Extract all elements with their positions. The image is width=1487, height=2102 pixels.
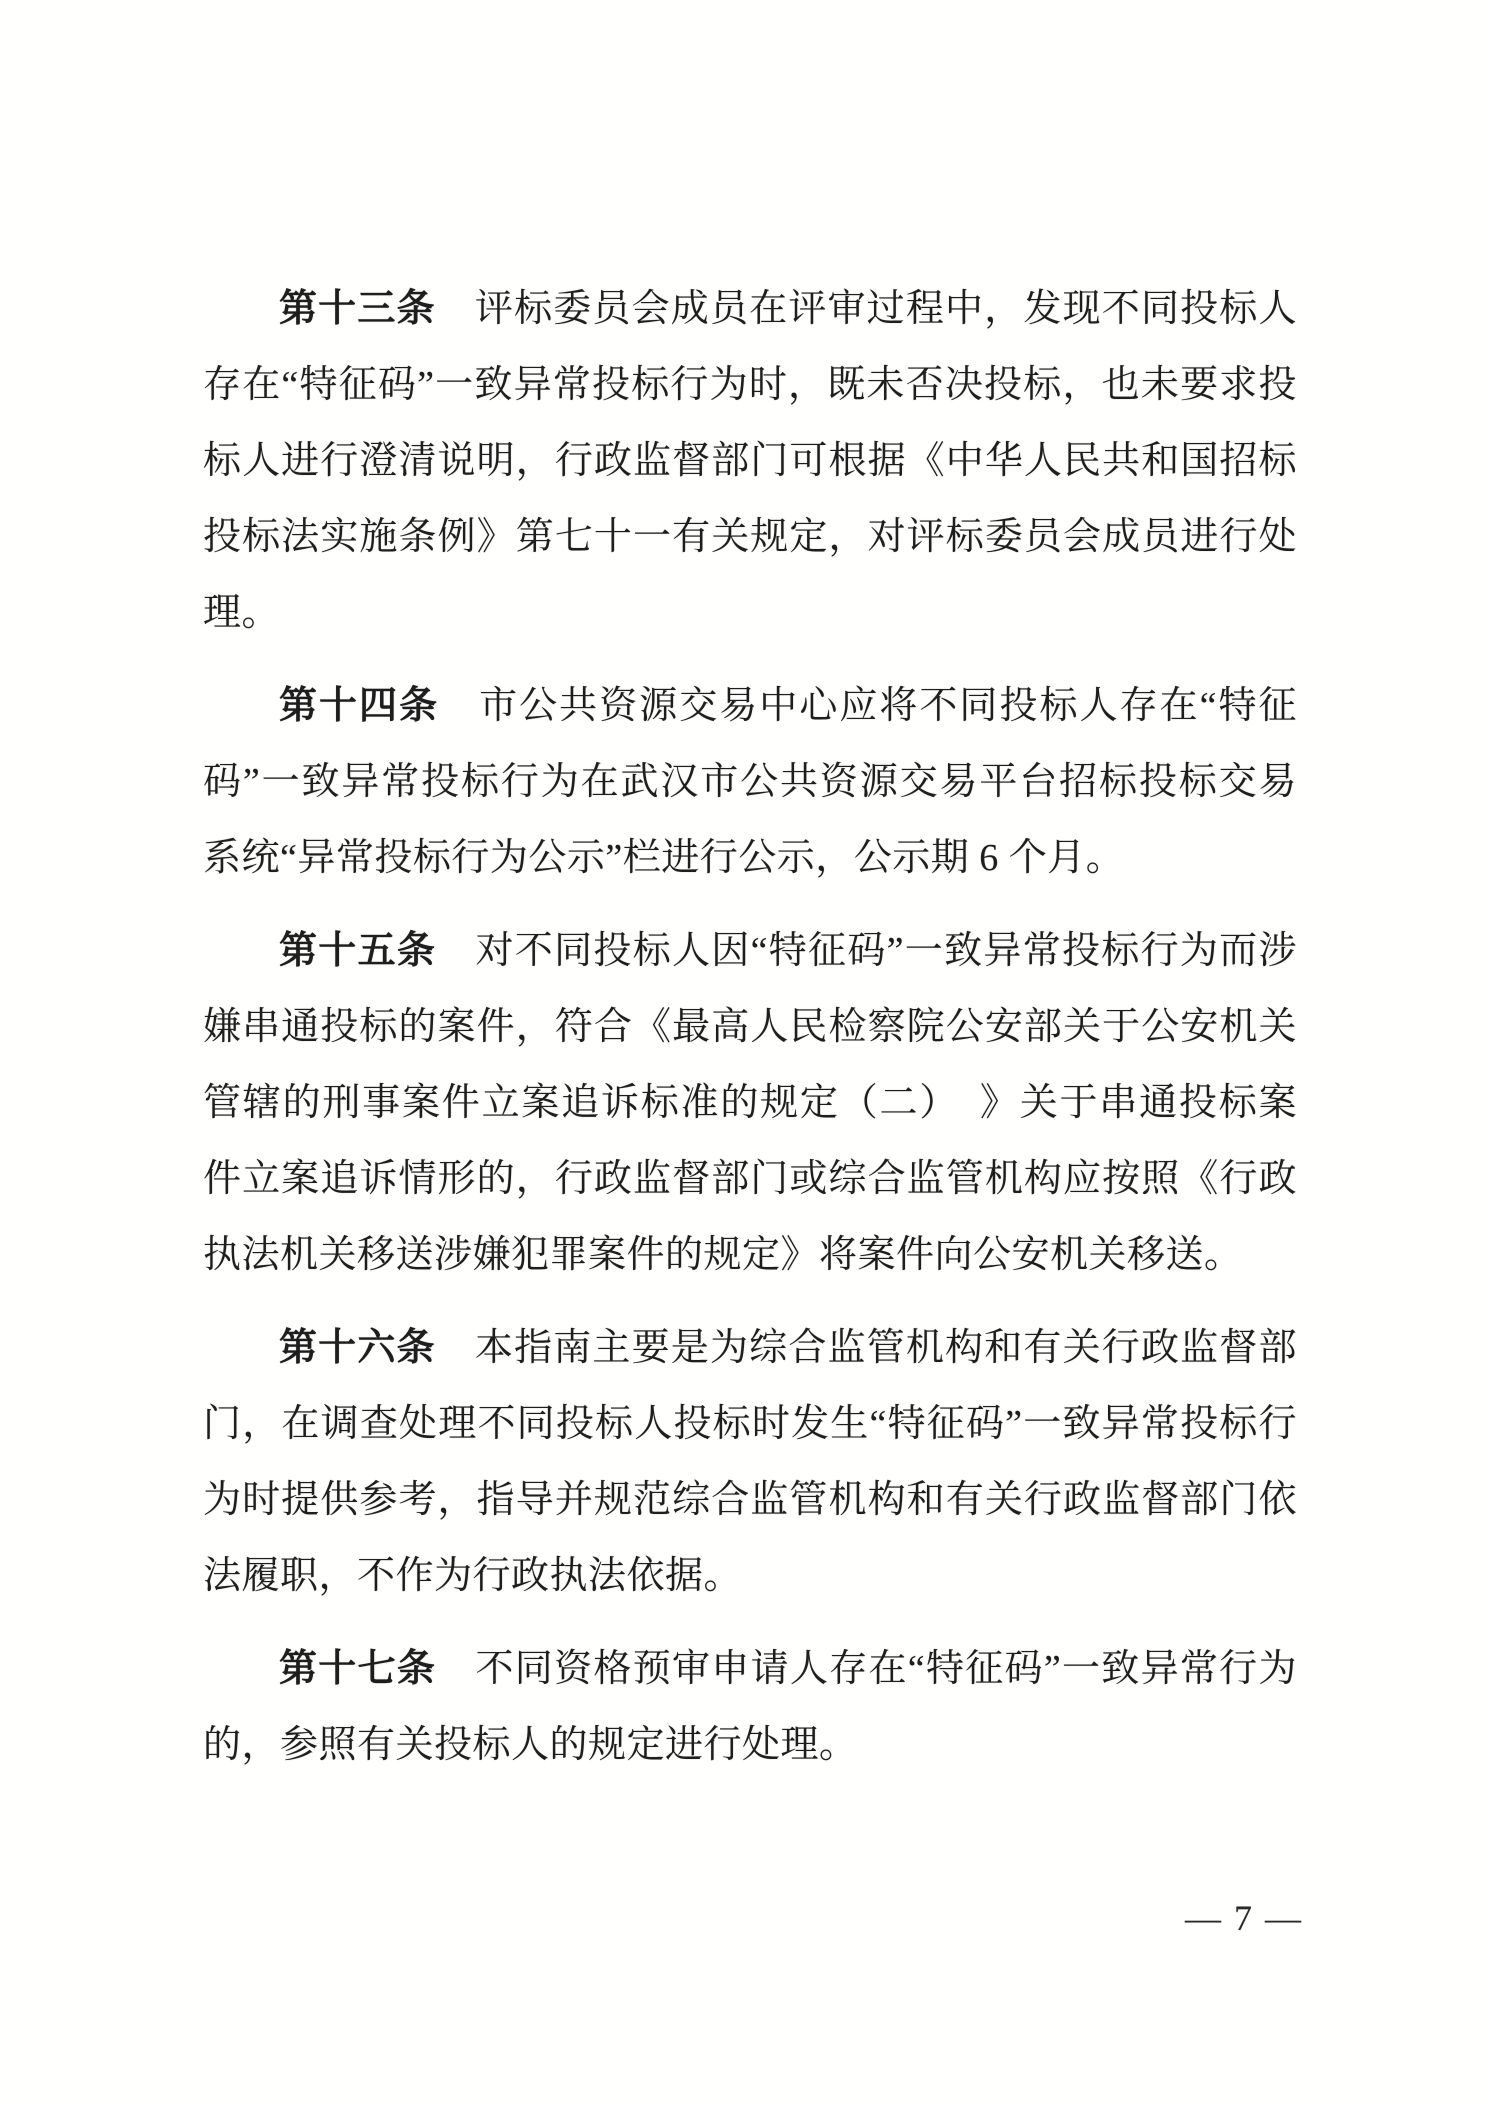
article-15-number: 第十五条 — [279, 930, 436, 972]
article-15-paragraph: 第十五条 对不同投标人因“特征码”一致异常投标行为而涉嫌串通投标的案件，符合《最… — [203, 913, 1297, 1293]
article-13-number: 第十三条 — [279, 288, 436, 330]
article-16-number: 第十六条 — [279, 1327, 436, 1369]
article-14-number: 第十四条 — [279, 685, 439, 727]
article-14-paragraph: 第十四条 市公共资源交易中心应将不同投标人存在“特征码”一致异常投标行为在武汉市… — [203, 668, 1297, 896]
article-17-paragraph: 第十七条 不同资格预审申请人存在“特征码”一致异常行为的，参照有关投标人的规定进… — [203, 1631, 1297, 1783]
article-15-text: 对不同投标人因“特征码”一致异常投标行为而涉嫌串通投标的案件，符合《最高人民检察… — [203, 930, 1297, 1276]
article-17-number: 第十七条 — [279, 1648, 436, 1690]
article-13-text: 评标委员会成员在评审过程中，发现不同投标人存在“特征码”一致异常投标行为时，既未… — [203, 288, 1297, 634]
document-page: 第十三条 评标委员会成员在评审过程中，发现不同投标人存在“特征码”一致异常投标行… — [0, 0, 1487, 2102]
article-16-paragraph: 第十六条 本指南主要是为综合监管机构和有关行政监督部门，在调查处理不同投标人投标… — [203, 1310, 1297, 1614]
page-footer: — 7 — — [1185, 1898, 1303, 1938]
document-body: 第十三条 评标委员会成员在评审过程中，发现不同投标人存在“特征码”一致异常投标行… — [203, 271, 1297, 1800]
article-13-paragraph: 第十三条 评标委员会成员在评审过程中，发现不同投标人存在“特征码”一致异常投标行… — [203, 271, 1297, 651]
page-number: — 7 — — [1185, 1898, 1303, 1938]
